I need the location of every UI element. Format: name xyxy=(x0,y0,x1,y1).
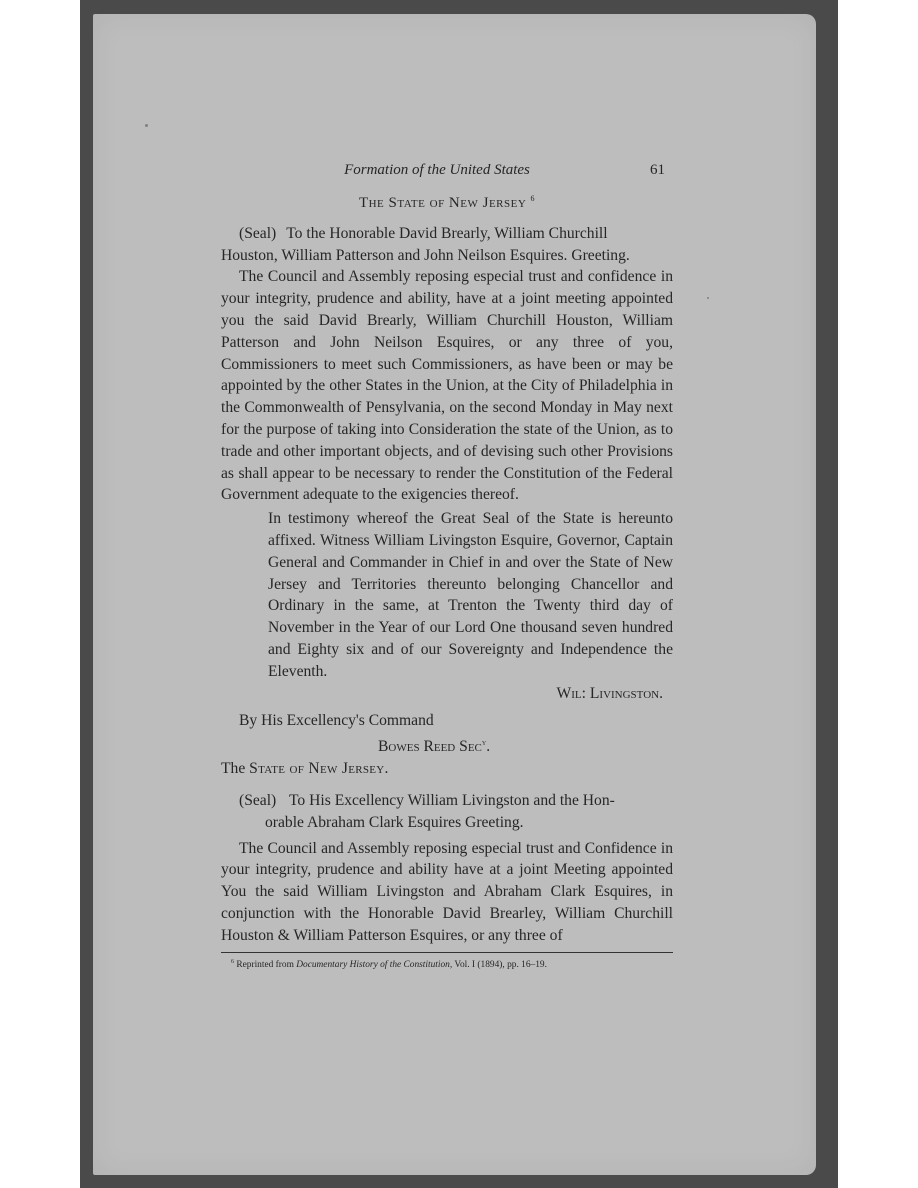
secretary-signature: Bowes Reed Secy. xyxy=(378,732,673,758)
address2-line-2: orable Abraham Clark Esquires Greeting. xyxy=(221,812,673,834)
section-heading-text: The State of New Jersey xyxy=(359,195,526,211)
section-heading: The State of New Jersey 6 xyxy=(221,188,673,215)
second-heading-prefix: The xyxy=(221,760,245,777)
second-heading: The State of New Jersey. xyxy=(221,758,673,780)
address2-line-1: To His Excellency William Livingston and… xyxy=(289,792,615,809)
paper-speck xyxy=(145,124,148,127)
secretary-period: . xyxy=(486,738,490,755)
footnote: 6 Reprinted from Documentary History of … xyxy=(221,956,673,971)
running-head: Formation of the United States 61 xyxy=(221,160,673,182)
footnote-suffix: , Vol. I (1894), pp. 16–19. xyxy=(450,961,547,971)
testimony-paragraph: In testimony whereof the Great Seal of t… xyxy=(268,508,673,682)
address-line-2: Houston, William Patterson and John Neil… xyxy=(221,245,673,267)
page-content: Formation of the United States 61 The St… xyxy=(221,160,673,972)
seal-label: (Seal) xyxy=(239,225,276,242)
paper-speck xyxy=(707,297,709,299)
secretary-name: Bowes Reed Sec xyxy=(378,738,482,755)
address-line-1: To the Honorable David Brearly, William … xyxy=(286,225,607,242)
command-line: By His Excellency's Command xyxy=(239,710,673,732)
footnote-mark: 6 xyxy=(231,959,234,965)
footnote-prefix: Reprinted from xyxy=(236,961,296,971)
commission-address: (Seal)To the Honorable David Brearly, Wi… xyxy=(221,223,673,245)
footnote-rule xyxy=(221,952,673,953)
governor-signature: Wil: Livingston. xyxy=(221,683,673,705)
running-title: Formation of the United States xyxy=(221,160,673,182)
commission-body: The Council and Assembly reposing especi… xyxy=(221,266,673,506)
seal-label-2: (Seal) xyxy=(239,790,289,812)
commission2-body: The Council and Assembly reposing especi… xyxy=(221,838,673,947)
footnote-reference: 6 xyxy=(531,194,536,203)
second-heading-text: State of New Jersey. xyxy=(249,760,389,777)
commission2-address: (Seal)To His Excellency William Livingst… xyxy=(239,790,673,812)
page-number: 61 xyxy=(650,160,665,182)
footnote-source-title: Documentary History of the Constitution xyxy=(296,961,450,971)
